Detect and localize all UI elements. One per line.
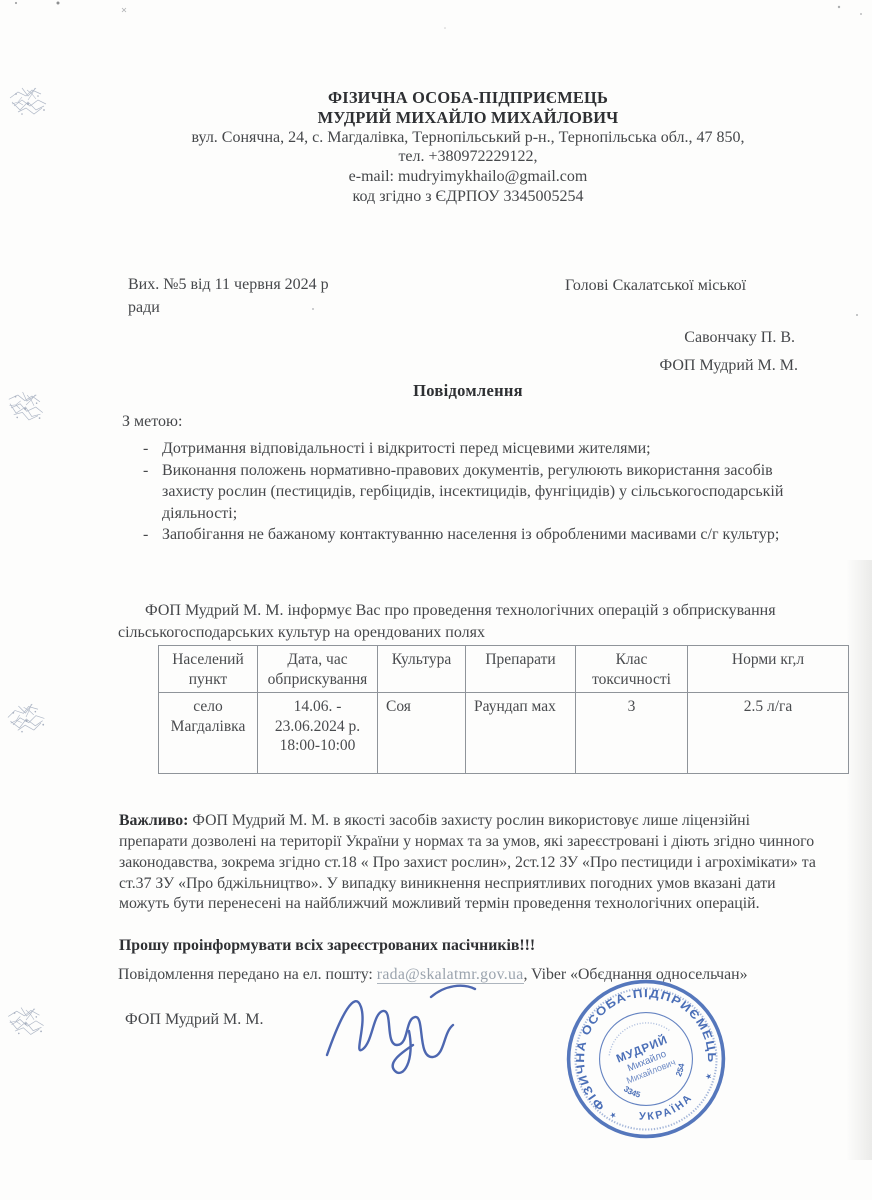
- org-type-line: ФІЗИЧНА ОСОБА-ПІДПРИЄМЕЦЬ: [118, 88, 818, 108]
- document-title: Повідомлення: [118, 381, 818, 401]
- beekeepers-request: Прошу проінформувати всіх зареєстрованих…: [119, 936, 821, 957]
- speckle-cluster: [5, 390, 46, 424]
- handwritten-signature: [315, 973, 505, 1078]
- outgoing-number: Вих. №5 від 11 червня 2024 р: [128, 276, 329, 294]
- purpose-item-text: Дотримання відповідальності і відкритост…: [162, 440, 651, 457]
- purpose-item-text: Виконання положень нормативно-правових д…: [162, 462, 783, 522]
- letterhead: ФІЗИЧНА ОСОБА-ПІДПРИЄМЕЦЬ МУДРИЙ МИХАЙЛО…: [118, 88, 818, 207]
- table-header-row: Населений пункт Дата, час обприскування …: [159, 646, 849, 693]
- purpose-list-item: - Дотримання відповідальності і відкрито…: [143, 438, 822, 460]
- email-line: e-mail: mudryimykhailo@gmail.com: [118, 167, 818, 187]
- stamp-star-right-icon: ★: [704, 1071, 714, 1082]
- purpose-item-text: Запобігання не бажаному контактуванню на…: [162, 526, 779, 543]
- speckle-cluster: [10, 88, 46, 115]
- col-preparations: Препарати: [466, 646, 576, 693]
- cell-settlement: село Магдалівка: [159, 693, 258, 774]
- purpose-list: - Дотримання відповідальності і відкрито…: [143, 438, 823, 546]
- speckle-cluster: [7, 1006, 45, 1036]
- col-rate: Норми кг,л: [688, 646, 849, 693]
- purpose-label: З метою:: [122, 413, 182, 431]
- cell-rate: 2.5 л/га: [688, 693, 849, 774]
- addressee-name: Савончаку П. В.: [684, 329, 795, 347]
- spraying-schedule-table: Населений пункт Дата, час обприскування …: [158, 645, 849, 774]
- bullet-dash: -: [143, 438, 148, 460]
- speckle-cluster: [7, 703, 46, 735]
- bullet-dash: -: [143, 460, 148, 482]
- address-line: вул. Сонячна, 24, с. Магдалівка, Тернопі…: [118, 128, 818, 148]
- scanned-document-page: ФІЗИЧНА ОСОБА-ПІДПРИЄМЕЦЬ МУДРИЙ МИХАЙЛО…: [0, 0, 872, 1200]
- cell-date-time: 14.06. - 23.06.2024 р. 18:00-10:00: [258, 693, 378, 774]
- cell-culture: Соя: [378, 693, 466, 774]
- signature-label: ФОП Мудрий М. М.: [125, 1011, 263, 1029]
- purpose-list-item: - Виконання положень нормативно-правових…: [143, 460, 822, 525]
- entrepreneur-name-line: МУДРИЙ МИХАЙЛО МИХАЙЛОВИЧ: [118, 108, 818, 128]
- col-toxicity: Клас токсичності: [576, 646, 688, 693]
- cell-preparation: Раундап мах: [466, 693, 576, 774]
- sender-name: ФОП Мудрий М. М.: [660, 357, 798, 375]
- outgoing-number-wrap: ради: [128, 299, 160, 317]
- addressee-title: Голові Скалатської міської: [565, 277, 746, 295]
- table-row: село Магдалівка 14.06. - 23.06.2024 р. 1…: [159, 693, 849, 774]
- purpose-list-item: - Запобігання не бажаному контактуванню …: [143, 524, 822, 546]
- important-label: Важливо:: [119, 812, 188, 829]
- col-settlement: Населений пункт: [159, 646, 258, 693]
- col-date-time: Дата, час обприскування: [258, 646, 378, 693]
- scan-edge-shadow: [846, 560, 872, 1160]
- bullet-dash: -: [143, 524, 148, 546]
- edrpou-line: код згідно з ЄДРПОУ 3345005254: [118, 187, 818, 207]
- phone-line: тел. +380972229122,: [118, 147, 818, 167]
- intro-paragraph: ФОП Мудрий М. М. інформує Вас про провед…: [118, 600, 798, 644]
- important-paragraph: Важливо: ФОП Мудрий М. М. в якості засоб…: [119, 811, 821, 916]
- cell-toxicity: 3: [576, 693, 688, 774]
- important-text: ФОП Мудрий М. М. в якості засобів захист…: [119, 812, 816, 913]
- col-culture: Культура: [378, 646, 466, 693]
